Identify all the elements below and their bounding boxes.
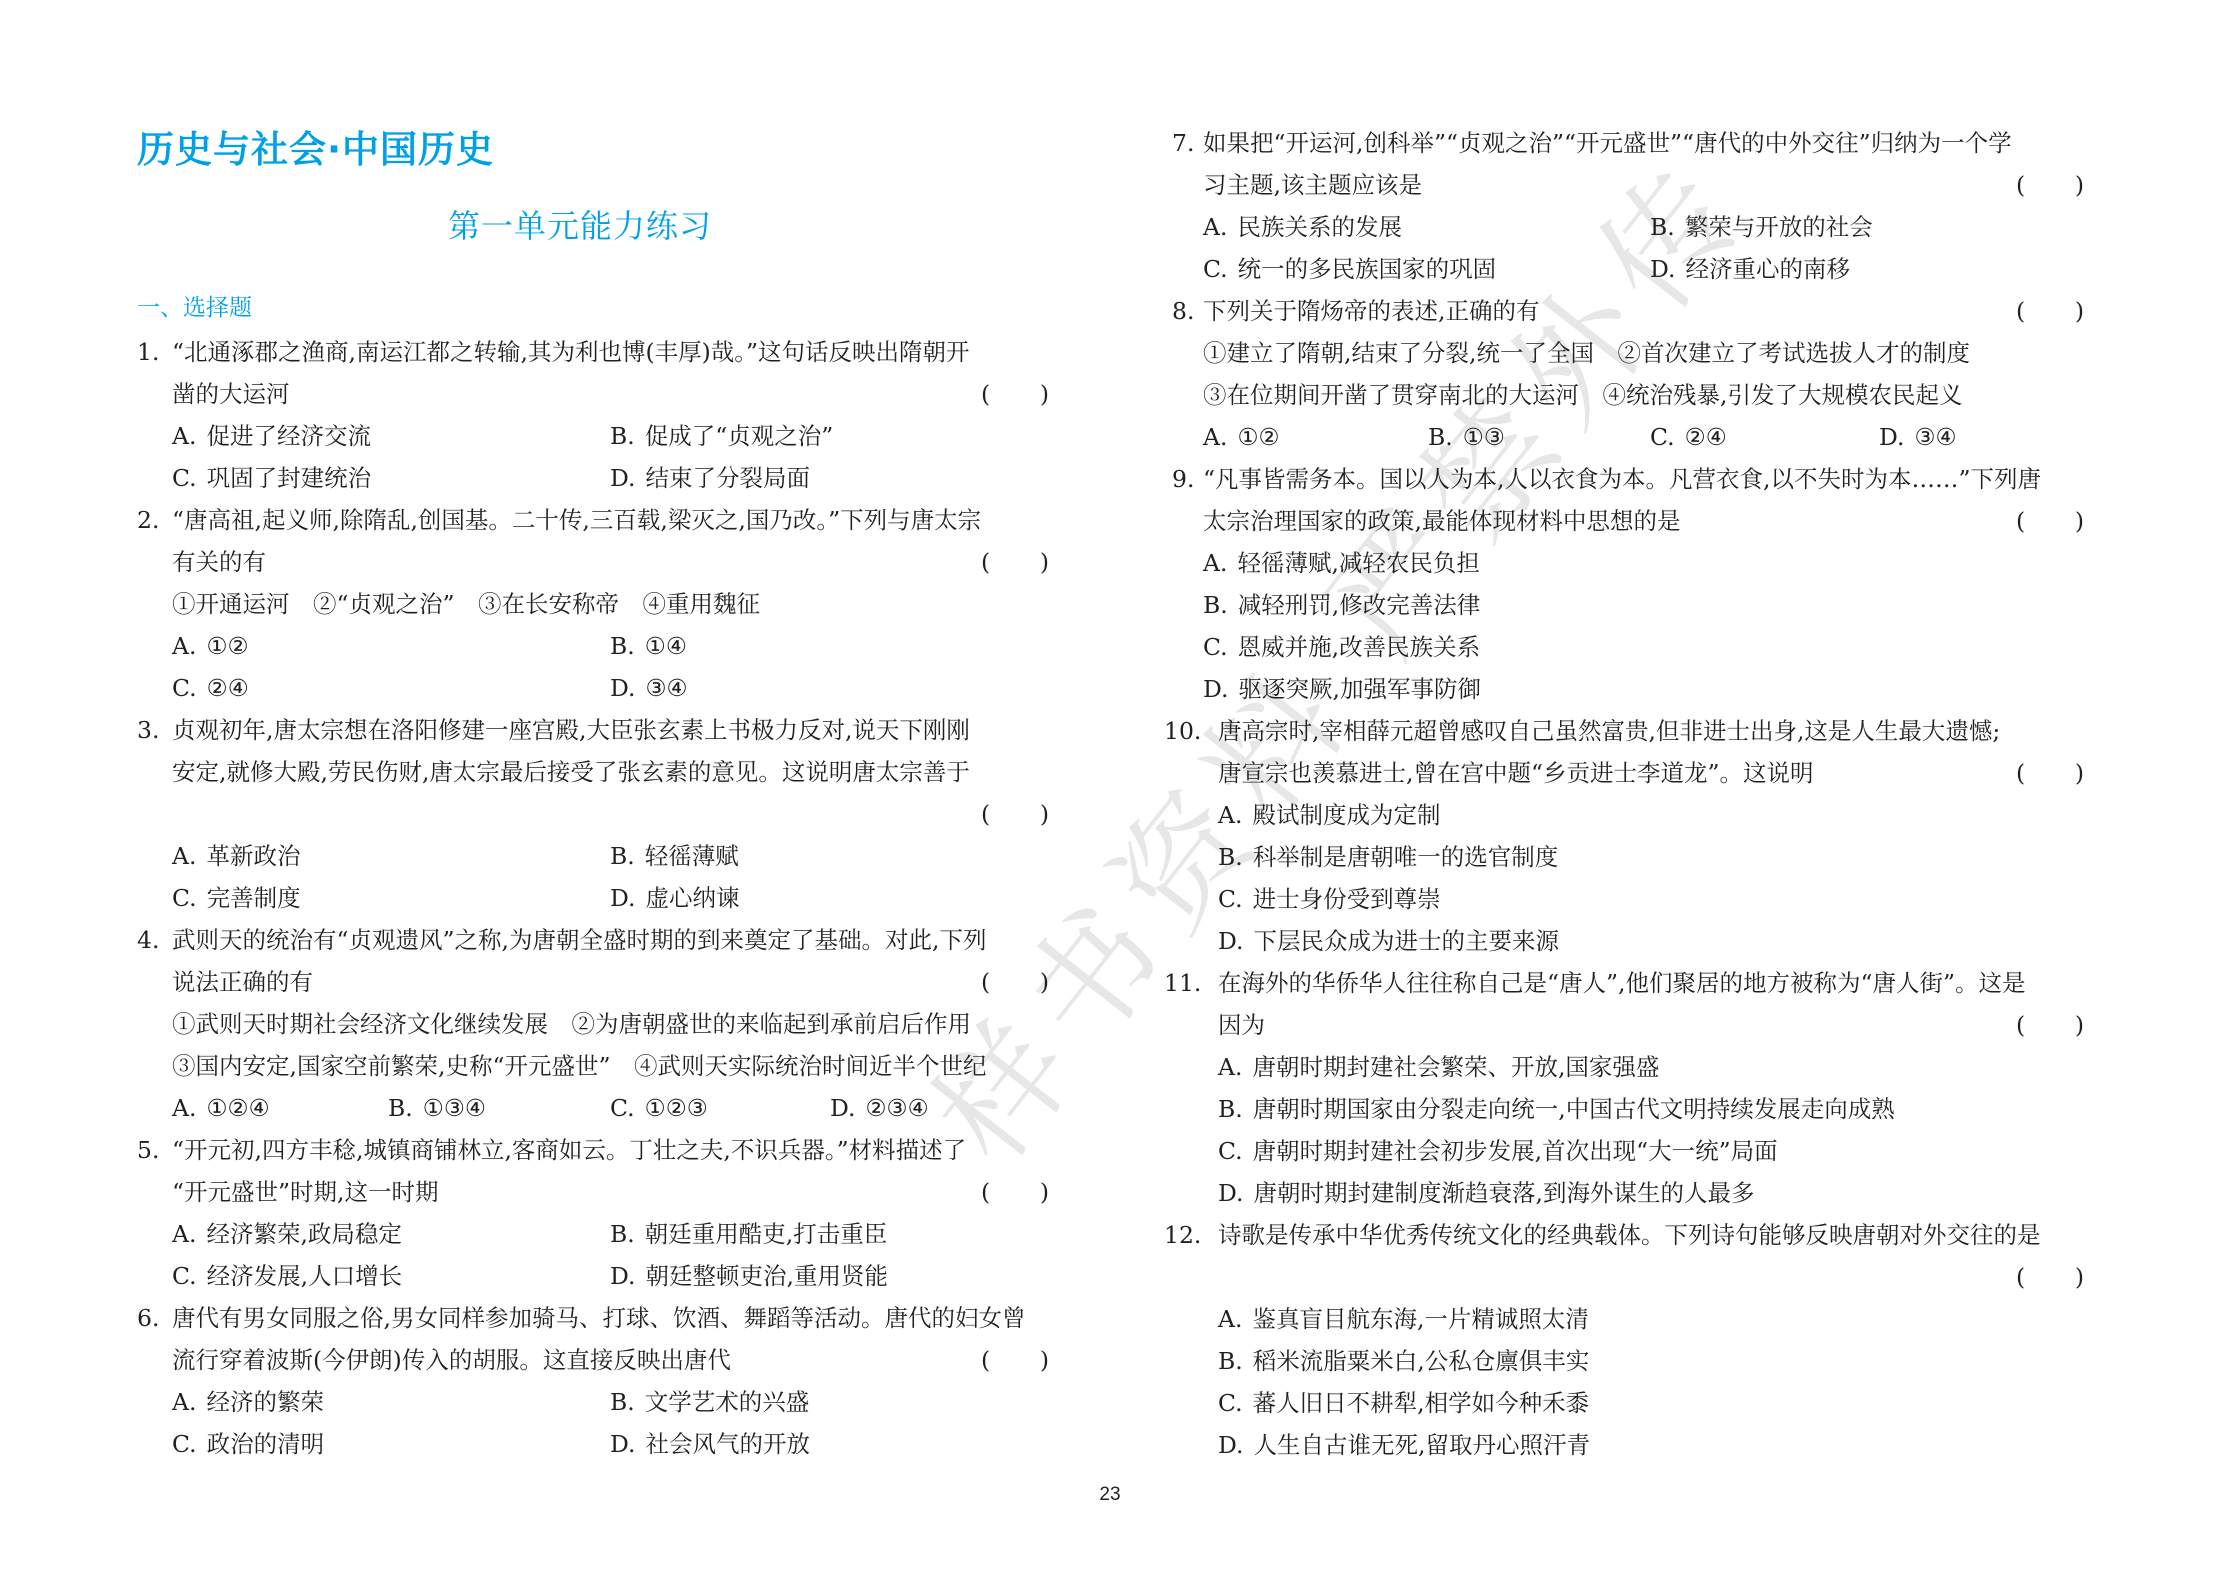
option-b[interactable]: B.轻徭薄赋 (610, 835, 739, 877)
option-a[interactable]: A.民族关系的发展 (1203, 206, 1402, 248)
option-row: A.鉴真盲目航东海,一片精诚照太清 (1172, 1298, 2084, 1340)
option-row: A.轻徭薄赋,减轻农民负担 (1172, 542, 2084, 584)
option-a[interactable]: A.殿试制度成为定制 (1218, 794, 1440, 836)
question-stem: 诗歌是传承中华优秀传统文化的经典载体。下列诗句能够反映唐朝对外交往的是 (1218, 1214, 2041, 1256)
question-6-line-2: 流行穿着波斯(今伊朗)传入的胡服。这直接反映出唐代 () (137, 1339, 1049, 1381)
option-text: 蕃人旧日不耕犁,相学如今种禾黍 (1253, 1389, 1589, 1417)
option-text: 民族关系的发展 (1237, 213, 1402, 241)
option-d[interactable]: D.驱逐突厥,加强军事防御 (1203, 668, 1481, 710)
option-d[interactable]: D.唐朝时期封建制度渐趋衰落,到海外谋生的人最多 (1218, 1172, 1754, 1214)
option-label: D. (1879, 416, 1904, 458)
option-text: 经济繁荣,政局稳定 (206, 1220, 401, 1248)
option-row: C.进士身份受到尊崇 (1172, 878, 2084, 920)
question-number: 7. (1172, 122, 1194, 164)
answer-bracket[interactable]: () (981, 793, 1049, 835)
question-number: 8. (1172, 290, 1194, 332)
option-label: B. (1203, 584, 1228, 626)
option-b[interactable]: B.文学艺术的兴盛 (610, 1381, 809, 1423)
question-stem: 流行穿着波斯(今伊朗)传入的胡服。这直接反映出唐代 (172, 1339, 731, 1381)
option-a[interactable]: A.轻徭薄赋,减轻农民负担 (1203, 542, 1480, 584)
option-label: D. (1203, 668, 1228, 710)
option-text: 唐朝时期封建社会初步发展,首次出现“大一统”局面 (1253, 1137, 1778, 1165)
answer-bracket[interactable]: () (981, 373, 1049, 415)
answer-bracket[interactable]: () (2016, 752, 2084, 794)
question-10-line-1: 10. 唐高宗时,宰相薛元超曾感叹自己虽然富贵,但非进士出身,这是人生最大遗憾; (1172, 710, 2084, 752)
option-row: A.革新政治 B.轻徭薄赋 (137, 835, 1049, 877)
option-row: D.下层民众成为进士的主要来源 (1172, 920, 2084, 962)
question-stem: “唐高祖,起义师,除隋乱,创国基。二十传,三百载,梁灭之,国乃改。”下列与唐太宗 (172, 499, 981, 541)
option-c[interactable]: C.②④ (1650, 416, 1727, 458)
option-label: A. (172, 415, 196, 457)
option-text: 轻徭薄赋 (645, 842, 739, 870)
option-text: 驱逐突厥,加强军事防御 (1238, 675, 1480, 703)
statement-items: ③在位期间开凿了贯穿南北的大运河 ④统治残暴,引发了大规模农民起义 (1172, 374, 2084, 416)
bracket-open: ( (981, 1171, 990, 1213)
bracket-open: ( (2016, 1256, 2025, 1298)
question-10-line-2: 唐宣宗也羡慕进士,曾在宫中题“乡贡进士李道龙”。这说明 () (1172, 752, 2084, 794)
section-title: 一、选择题 (137, 292, 252, 324)
option-row: B.唐朝时期国家由分裂走向统一,中国古代文明持续发展走向成熟 (1172, 1088, 2084, 1130)
option-label: C. (1203, 626, 1228, 668)
option-c[interactable]: C.进士身份受到尊崇 (1218, 878, 1441, 920)
bracket-open: ( (2016, 752, 2025, 794)
answer-bracket[interactable]: () (2016, 1256, 2084, 1298)
option-label: A. (1218, 794, 1242, 836)
option-a[interactable]: A.促进了经济交流 (172, 415, 371, 457)
answer-bracket[interactable]: () (981, 1339, 1049, 1381)
option-label: B. (610, 415, 635, 457)
option-text: ①② (206, 632, 248, 660)
option-label: A. (1218, 1046, 1242, 1088)
question-stem: 习主题,该主题应该是 (1203, 164, 1422, 206)
statement-text: ①武则天时期社会经济文化继续发展 ②为唐朝盛世的来临起到承前启后作用 (172, 1003, 971, 1045)
option-label: A. (172, 1213, 196, 1255)
option-a[interactable]: A.唐朝时期封建社会繁荣、开放,国家强盛 (1218, 1046, 1659, 1088)
option-label: C. (172, 667, 197, 709)
option-text: 虚心纳谏 (645, 884, 739, 912)
option-text: ③④ (645, 674, 687, 702)
option-label: C. (172, 457, 197, 499)
statement-text: ①开通运河 ②“贞观之治” ③在长安称帝 ④重用魏征 (172, 583, 760, 625)
option-b[interactable]: B.促成了“贞观之治” (610, 415, 833, 457)
question-stem: 因为 (1218, 1004, 1265, 1046)
option-label: C. (172, 1423, 197, 1465)
question-stem: 贞观初年,唐太宗想在洛阳修建一座宫殿,大臣张玄素上书极力反对,说天下刚刚 (172, 709, 970, 751)
option-text: 社会风气的开放 (645, 1430, 810, 1458)
answer-bracket[interactable]: () (2016, 1004, 2084, 1046)
option-row: A.①②④ B.①③④ C.①②③ D.②③④ (137, 1087, 1049, 1129)
question-number: 9. (1172, 458, 1194, 500)
option-a[interactable]: A.经济繁荣,政局稳定 (172, 1213, 402, 1255)
question-2-line-1: 2. “唐高祖,起义师,除隋乱,创国基。二十传,三百载,梁灭之,国乃改。”下列与… (137, 499, 1049, 541)
option-text: 促成了“贞观之治” (645, 422, 834, 450)
question-number: 1. (137, 331, 159, 373)
question-5-line-2: “开元盛世”时期,这一时期 () (137, 1171, 1049, 1213)
option-text: ②④ (1685, 423, 1727, 451)
option-text: ①②③ (645, 1094, 708, 1122)
bracket-close: ) (2075, 164, 2084, 206)
option-b[interactable]: B.朝廷重用酷吏,打击重臣 (610, 1213, 887, 1255)
option-c[interactable]: C.巩固了封建统治 (172, 457, 371, 499)
question-12-line-1: 12. 诗歌是传承中华优秀传统文化的经典载体。下列诗句能够反映唐朝对外交往的是 (1172, 1214, 2084, 1256)
statement-items: ③国内安定,国家空前繁荣,史称“开元盛世” ④武则天实际统治时间近半个世纪 (137, 1045, 1049, 1087)
option-row: C.经济发展,人口增长 D.朝廷整顿吏治,重用贤能 (137, 1255, 1049, 1297)
question-stem: 太宗治理国家的政策,最能体现材料中思想的是 (1203, 500, 1680, 542)
option-d[interactable]: D.虚心纳谏 (610, 877, 739, 919)
option-b[interactable]: B.繁荣与开放的社会 (1650, 206, 1873, 248)
question-stem: 说法正确的有 (172, 961, 313, 1003)
statement-items: ①武则天时期社会经济文化继续发展 ②为唐朝盛世的来临起到承前启后作用 (137, 1003, 1049, 1045)
option-text: ③④ (1914, 423, 1956, 451)
option-d[interactable]: D.经济重心的南移 (1650, 248, 1850, 290)
option-text: ①③ (1463, 423, 1505, 451)
option-text: 完善制度 (207, 884, 301, 912)
option-d[interactable]: D.③④ (610, 667, 688, 709)
option-row: C.蕃人旧日不耕犁,相学如今种禾黍 (1172, 1382, 2084, 1424)
statement-items: ①开通运河 ②“贞观之治” ③在长安称帝 ④重用魏征 (137, 583, 1049, 625)
option-label: D. (610, 877, 635, 919)
option-text: 巩固了封建统治 (207, 464, 372, 492)
left-column: 1. “北通涿郡之渔商,南运江都之转输,其为利也博(丰厚)哉。”这句话反映出隋朝… (137, 331, 1049, 1465)
option-text: 唐朝时期国家由分裂走向统一,中国古代文明持续发展走向成熟 (1253, 1095, 1895, 1123)
question-8-line-1: 8. 下列关于隋炀帝的表述,正确的有 () (1172, 290, 2084, 332)
question-stem: 在海外的华侨华人往往称自己是“唐人”,他们聚居的地方被称为“唐人街”。这是 (1218, 962, 2026, 1004)
option-row: C.巩固了封建统治 D.结束了分裂局面 (137, 457, 1049, 499)
option-text: 繁荣与开放的社会 (1685, 213, 1873, 241)
option-b[interactable]: B.①③④ (388, 1087, 486, 1129)
option-b[interactable]: B.①③ (1428, 416, 1505, 458)
option-row: B.减轻刑罚,修改完善法律 (1172, 584, 2084, 626)
option-d[interactable]: D.人生自古谁无死,留取丹心照汗青 (1218, 1424, 1590, 1466)
bracket-open: ( (2016, 1004, 2025, 1046)
question-stem: 武则天的统治有“贞观遗风”之称,为唐朝全盛时期的到来奠定了基础。对此,下列 (172, 919, 986, 961)
question-12-bracket-line: () (1172, 1256, 2084, 1298)
question-7-line-2: 习主题,该主题应该是 () (1172, 164, 2084, 206)
option-text: ①③④ (423, 1094, 486, 1122)
option-text: 文学艺术的兴盛 (645, 1388, 810, 1416)
option-row: A.民族关系的发展 B.繁荣与开放的社会 (1172, 206, 2084, 248)
question-stem: “凡事皆需务本。国以人为本,人以衣食为本。凡营衣食,以不失时为本……”下列唐 (1203, 458, 2041, 500)
statement-text: ③在位期间开凿了贯穿南北的大运河 ④统治残暴,引发了大规模农民起义 (1203, 374, 1962, 416)
bracket-close: ) (2075, 500, 2084, 542)
question-number: 5. (137, 1129, 159, 1171)
bracket-close: ) (1040, 1339, 1049, 1381)
answer-bracket[interactable]: () (981, 541, 1049, 583)
option-text: 稻米流脂粟米白,公私仓廪俱丰实 (1253, 1347, 1589, 1375)
bracket-close: ) (2075, 1004, 2084, 1046)
option-row: B.稻米流脂粟米白,公私仓廪俱丰实 (1172, 1340, 2084, 1382)
option-label: C. (610, 1087, 635, 1129)
question-3-line-2: 安定,就修大殿,劳民伤财,唐太宗最后接受了张玄素的意见。这说明唐太宗善于 (137, 751, 1049, 793)
option-c[interactable]: C.政治的清明 (172, 1423, 324, 1465)
option-row: C.唐朝时期封建社会初步发展,首次出现“大一统”局面 (1172, 1130, 2084, 1172)
option-text: 唐朝时期封建制度渐趋衰落,到海外谋生的人最多 (1253, 1179, 1754, 1207)
option-b[interactable]: B.科举制是唐朝唯一的选官制度 (1218, 836, 1558, 878)
question-number: 12. (1164, 1214, 1201, 1256)
option-label: B. (1218, 1088, 1243, 1130)
option-text: 政治的清明 (207, 1430, 325, 1458)
bracket-close: ) (1040, 373, 1049, 415)
option-c[interactable]: C.恩威并施,改善民族关系 (1203, 626, 1480, 668)
question-stem: 下列关于隋炀帝的表述,正确的有 (1203, 290, 1539, 332)
option-b[interactable]: B.减轻刑罚,修改完善法律 (1203, 584, 1480, 626)
option-label: C. (1218, 878, 1243, 920)
answer-bracket[interactable]: () (2016, 164, 2084, 206)
page-title: 历史与社会·中国历史 (137, 126, 494, 174)
option-a[interactable]: A.①②④ (172, 1087, 270, 1129)
answer-bracket[interactable]: () (981, 961, 1049, 1003)
option-text: 经济的繁荣 (206, 1388, 324, 1416)
option-d[interactable]: D.结束了分裂局面 (610, 457, 810, 499)
option-label: D. (1218, 1172, 1243, 1214)
option-label: A. (1203, 206, 1227, 248)
option-c[interactable]: C.唐朝时期封建社会初步发展,首次出现“大一统”局面 (1218, 1130, 1778, 1172)
option-row: A.促进了经济交流 B.促成了“贞观之治” (137, 415, 1049, 457)
option-row: A.①② B.①③ C.②④ D.③④ (1172, 416, 2084, 458)
bracket-close: ) (2075, 1256, 2084, 1298)
option-row: C.统一的多民族国家的巩固 D.经济重心的南移 (1172, 248, 2084, 290)
question-11-line-2: 因为 () (1172, 1004, 2084, 1046)
bracket-close: ) (1040, 793, 1049, 835)
question-2-line-2: 有关的有 () (137, 541, 1049, 583)
option-label: D. (610, 1255, 635, 1297)
question-stem: 有关的有 (172, 541, 266, 583)
option-label: D. (610, 667, 635, 709)
option-c[interactable]: C.统一的多民族国家的巩固 (1203, 248, 1496, 290)
question-stem: “开元盛世”时期,这一时期 (172, 1171, 439, 1213)
option-d[interactable]: D.②③④ (830, 1087, 929, 1129)
question-9-line-1: 9. “凡事皆需务本。国以人为本,人以衣食为本。凡营衣食,以不失时为本……”下列… (1172, 458, 2084, 500)
option-label: D. (610, 457, 635, 499)
right-column: 7. 如果把“开运河,创科举”“贞观之治”“开元盛世”“唐代的中外交往”归纳为一… (1172, 122, 2084, 1466)
option-label: D. (610, 1423, 635, 1465)
option-d[interactable]: D.朝廷整顿吏治,重用贤能 (610, 1255, 888, 1297)
option-c[interactable]: C.经济发展,人口增长 (172, 1255, 402, 1297)
option-label: B. (610, 625, 635, 667)
option-b[interactable]: B.①④ (610, 625, 687, 667)
option-label: C. (1218, 1130, 1243, 1172)
option-text: 经济发展,人口增长 (207, 1262, 402, 1290)
option-text: 进士身份受到尊崇 (1253, 885, 1441, 913)
question-11-line-1: 11. 在海外的华侨华人往往称自己是“唐人”,他们聚居的地方被称为“唐人街”。这… (1172, 962, 2084, 1004)
option-row: A.①② B.①④ (137, 625, 1049, 667)
option-label: A. (1203, 416, 1227, 458)
question-6-line-1: 6. 唐代有男女同服之俗,男女同样参加骑马、打球、饮酒、舞蹈等活动。唐代的妇女曾 (137, 1297, 1049, 1339)
option-label: D. (830, 1087, 855, 1129)
question-stem: 如果把“开运河,创科举”“贞观之治”“开元盛世”“唐代的中外交往”归纳为一个学 (1203, 122, 2012, 164)
option-label: C. (1650, 416, 1675, 458)
answer-bracket[interactable]: () (981, 1171, 1049, 1213)
option-text: 革新政治 (206, 842, 300, 870)
question-number: 4. (137, 919, 159, 961)
option-text: 鉴真盲目航东海,一片精诚照太清 (1252, 1305, 1588, 1333)
option-c[interactable]: C.①②③ (610, 1087, 708, 1129)
option-label: A. (172, 1087, 196, 1129)
option-text: ①④ (645, 632, 687, 660)
question-stem: 唐代有男女同服之俗,男女同样参加骑马、打球、饮酒、舞蹈等活动。唐代的妇女曾 (172, 1297, 1025, 1339)
option-label: D. (1218, 920, 1243, 962)
option-label: D. (1650, 248, 1675, 290)
question-7-line-1: 7. 如果把“开运河,创科举”“贞观之治”“开元盛世”“唐代的中外交往”归纳为一… (1172, 122, 2084, 164)
bracket-close: ) (1040, 961, 1049, 1003)
question-1-line-1: 1. “北通涿郡之渔商,南运江都之转输,其为利也博(丰厚)哉。”这句话反映出隋朝… (137, 331, 1049, 373)
option-label: B. (610, 1381, 635, 1423)
option-row: D.驱逐突厥,加强军事防御 (1172, 668, 2084, 710)
question-1-line-2: 凿的大运河 () (137, 373, 1049, 415)
bracket-close: ) (2075, 290, 2084, 332)
option-b[interactable]: B.唐朝时期国家由分裂走向统一,中国古代文明持续发展走向成熟 (1218, 1088, 1895, 1130)
bracket-open: ( (2016, 500, 2025, 542)
option-text: 经济重心的南移 (1685, 255, 1850, 283)
option-text: 结束了分裂局面 (645, 464, 810, 492)
statement-text: ③国内安定,国家空前繁荣,史称“开元盛世” ④武则天实际统治时间近半个世纪 (172, 1045, 986, 1087)
statement-text: ①建立了隋朝,结束了分裂,统一了全国 ②首次建立了考试选拔人才的制度 (1203, 332, 1970, 374)
page-number: 23 (0, 1484, 2220, 1506)
question-stem: 安定,就修大殿,劳民伤财,唐太宗最后接受了张玄素的意见。这说明唐太宗善于 (172, 751, 970, 793)
bracket-open: ( (981, 373, 990, 415)
option-d[interactable]: D.③④ (1879, 416, 1957, 458)
question-5-line-1: 5. “开元初,四方丰稔,城镇商铺林立,客商如云。丁壮之夫,不识兵器。”材料描述… (137, 1129, 1049, 1171)
option-c[interactable]: C.蕃人旧日不耕犁,相学如今种禾黍 (1218, 1382, 1589, 1424)
bracket-open: ( (2016, 164, 2025, 206)
option-d[interactable]: D.下层民众成为进士的主要来源 (1218, 920, 1559, 962)
option-text: 唐朝时期封建社会繁荣、开放,国家强盛 (1252, 1053, 1659, 1081)
option-label: C. (1218, 1382, 1243, 1424)
option-text: 恩威并施,改善民族关系 (1238, 633, 1480, 661)
question-stem: 唐宣宗也羡慕进士,曾在宫中题“乡贡进士李道龙”。这说明 (1218, 752, 1814, 794)
option-text: 轻徭薄赋,减轻农民负担 (1237, 549, 1479, 577)
bracket-close: ) (1040, 541, 1049, 583)
question-number: 3. (137, 709, 159, 751)
option-label: A. (172, 1381, 196, 1423)
bracket-close: ) (1040, 1171, 1049, 1213)
option-label: C. (172, 877, 197, 919)
statement-items: ①建立了隋朝,结束了分裂,统一了全国 ②首次建立了考试选拔人才的制度 (1172, 332, 2084, 374)
question-number: 6. (137, 1297, 159, 1339)
option-label: C. (172, 1255, 197, 1297)
option-a[interactable]: A.经济的繁荣 (172, 1381, 324, 1423)
question-stem: “北通涿郡之渔商,南运江都之转输,其为利也博(丰厚)哉。”这句话反映出隋朝开 (172, 331, 970, 373)
option-row: A.经济繁荣,政局稳定 B.朝廷重用酷吏,打击重臣 (137, 1213, 1049, 1255)
question-9-line-2: 太宗治理国家的政策,最能体现材料中思想的是 () (1172, 500, 2084, 542)
option-text: ②③④ (865, 1094, 928, 1122)
answer-bracket[interactable]: () (2016, 290, 2084, 332)
option-row: A.殿试制度成为定制 (1172, 794, 2084, 836)
question-3-bracket-line: () (137, 793, 1049, 835)
option-label: A. (172, 835, 196, 877)
option-c[interactable]: C.②④ (172, 667, 249, 709)
option-row: C.完善制度 D.虚心纳谏 (137, 877, 1049, 919)
option-row: A.经济的繁荣 B.文学艺术的兴盛 (137, 1381, 1049, 1423)
option-text: ②④ (207, 674, 249, 702)
question-stem: 凿的大运河 (172, 373, 290, 415)
question-number: 2. (137, 499, 159, 541)
option-row: C.②④ D.③④ (137, 667, 1049, 709)
option-text: 朝廷整顿吏治,重用贤能 (645, 1262, 887, 1290)
option-a[interactable]: A.①② (1203, 416, 1280, 458)
option-a[interactable]: A.①② (172, 625, 249, 667)
option-row: C.恩威并施,改善民族关系 (1172, 626, 2084, 668)
option-text: ①②④ (206, 1094, 269, 1122)
option-text: 下层民众成为进士的主要来源 (1253, 927, 1559, 955)
option-label: B. (1650, 206, 1675, 248)
option-row: D.唐朝时期封建制度渐趋衰落,到海外谋生的人最多 (1172, 1172, 2084, 1214)
option-text: 人生自古谁无死,留取丹心照汗青 (1253, 1431, 1589, 1459)
bracket-open: ( (2016, 290, 2025, 332)
answer-bracket[interactable]: () (2016, 500, 2084, 542)
question-number: 11. (1164, 962, 1201, 1004)
option-label: B. (1428, 416, 1453, 458)
option-label: B. (610, 835, 635, 877)
bracket-open: ( (981, 793, 990, 835)
option-label: A. (1218, 1298, 1242, 1340)
option-a[interactable]: A.鉴真盲目航东海,一片精诚照太清 (1218, 1298, 1589, 1340)
option-text: 科举制是唐朝唯一的选官制度 (1253, 843, 1559, 871)
option-b[interactable]: B.稻米流脂粟米白,公私仓廪俱丰实 (1218, 1340, 1589, 1382)
option-text: 殿试制度成为定制 (1252, 801, 1440, 829)
option-label: A. (1203, 542, 1227, 584)
option-row: A.唐朝时期封建社会繁荣、开放,国家强盛 (1172, 1046, 2084, 1088)
bracket-open: ( (981, 1339, 990, 1381)
option-row: C.政治的清明 D.社会风气的开放 (137, 1423, 1049, 1465)
option-label: B. (388, 1087, 413, 1129)
option-label: B. (610, 1213, 635, 1255)
option-text: 统一的多民族国家的巩固 (1238, 255, 1497, 283)
option-text: 减轻刑罚,修改完善法律 (1238, 591, 1480, 619)
question-stem: “开元初,四方丰稔,城镇商铺林立,客商如云。丁壮之夫,不识兵器。”材料描述了 (172, 1129, 966, 1171)
option-text: ①② (1237, 423, 1279, 451)
option-label: C. (1203, 248, 1228, 290)
bracket-close: ) (2075, 752, 2084, 794)
option-label: B. (1218, 836, 1243, 878)
option-text: 促进了经济交流 (206, 422, 371, 450)
question-number: 10. (1164, 710, 1201, 752)
question-4-line-2: 说法正确的有 () (137, 961, 1049, 1003)
bracket-open: ( (981, 961, 990, 1003)
option-row: B.科举制是唐朝唯一的选官制度 (1172, 836, 2084, 878)
unit-title: 第一单元能力练习 (0, 204, 1160, 248)
option-label: A. (172, 625, 196, 667)
option-a[interactable]: A.革新政治 (172, 835, 300, 877)
option-label: D. (1218, 1424, 1243, 1466)
question-4-line-1: 4. 武则天的统治有“贞观遗风”之称,为唐朝全盛时期的到来奠定了基础。对此,下列 (137, 919, 1049, 961)
option-row: D.人生自古谁无死,留取丹心照汗青 (1172, 1424, 2084, 1466)
question-stem: 唐高宗时,宰相薛元超曾感叹自己虽然富贵,但非进士出身,这是人生最大遗憾; (1218, 710, 2000, 752)
question-3-line-1: 3. 贞观初年,唐太宗想在洛阳修建一座宫殿,大臣张玄素上书极力反对,说天下刚刚 (137, 709, 1049, 751)
bracket-open: ( (981, 541, 990, 583)
option-label: B. (1218, 1340, 1243, 1382)
option-d[interactable]: D.社会风气的开放 (610, 1423, 810, 1465)
option-text: 朝廷重用酷吏,打击重臣 (645, 1220, 887, 1248)
option-c[interactable]: C.完善制度 (172, 877, 301, 919)
